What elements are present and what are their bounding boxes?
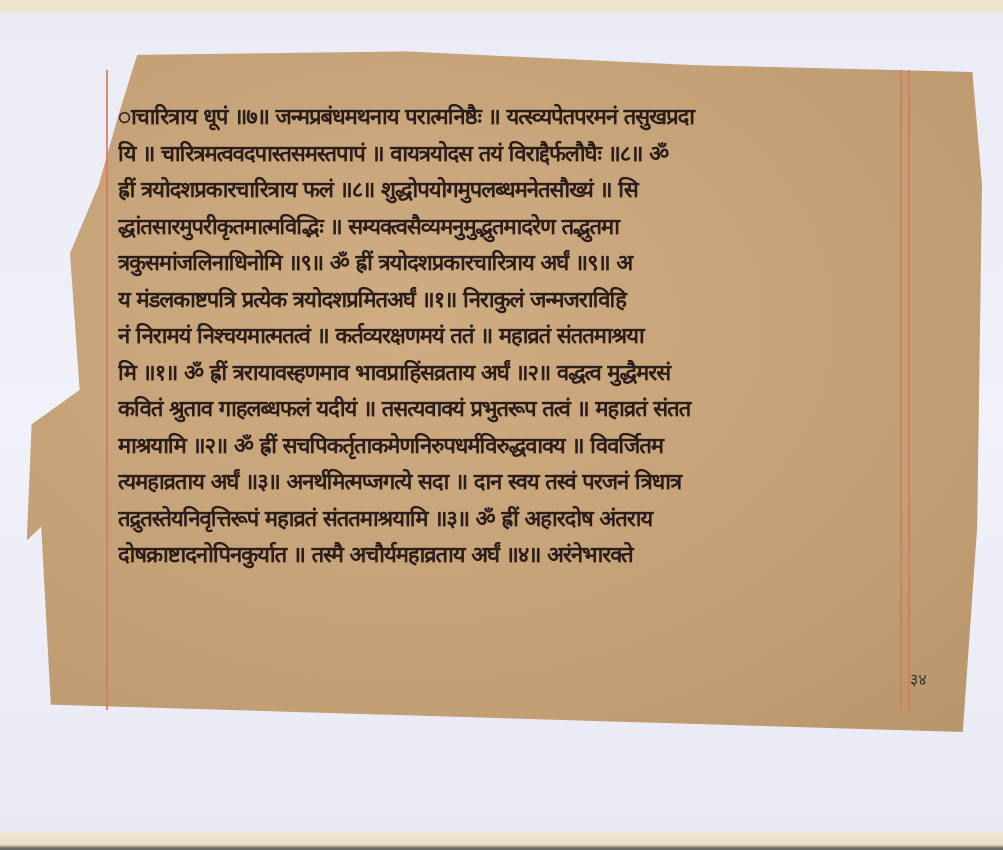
text-line: यि ॥ चारित्रमत्ववदपास्तसमस्तपापं ॥ वायत्… (118, 137, 908, 174)
text-line: नं निरामयं निश्चयमात्मतत्वं ॥ कर्तव्यरक्… (118, 319, 908, 356)
right-margin-rule-2 (908, 70, 910, 710)
folio-number: ३४ (910, 668, 927, 690)
top-edge-strip (0, 0, 1003, 12)
left-margin-rule (106, 70, 108, 710)
text-line: मि ॥१॥ ॐ ह्रीं त्ररायावस्हणमाव भावप्राहि… (118, 356, 908, 393)
text-line: ाचारित्राय धूपं ॥७॥ जन्मप्रबंधमथनाय परात… (118, 100, 908, 137)
text-line: माश्रयामि ॥२॥ ॐ ह्रीं सचपिकर्तृताकमेणनिर… (118, 429, 908, 466)
text-line: दोषक्राष्टादनोपिनकुर्यात ॥ तस्मै अचौर्यम… (118, 538, 908, 575)
text-line: त्रकुसमांजलिनाधिनोमि ॥९॥ ॐ ह्रीं त्रयोदश… (118, 246, 908, 283)
text-line: द्धांतसारमुपरीकृतमात्मविद्भिः ॥ सम्यक्त्… (118, 210, 908, 247)
bottom-edge-strip (0, 832, 1003, 850)
text-line: य मंडलकाष्टपत्रि प्रत्येक त्रयोदशप्रमितअ… (118, 283, 908, 320)
text-line: त्यमहाव्रताय अर्घं ॥३॥ अनर्थमित्मप्जगत्य… (118, 465, 908, 502)
text-line: कवितं श्रुताव गाहलब्धफलं यदीयं ॥ तसत्यवा… (118, 392, 908, 429)
text-line: ह्रीं त्रयोदशप्रकारचारित्राय फलं ॥८॥ शुद… (118, 173, 908, 210)
manuscript-text: ाचारित्राय धूपं ॥७॥ जन्मप्रबंधमथनाय परात… (118, 100, 908, 575)
text-line: तद्रुतस्तेयनिवृत्तिरूपं महाव्रतं संततमाश… (118, 502, 908, 539)
